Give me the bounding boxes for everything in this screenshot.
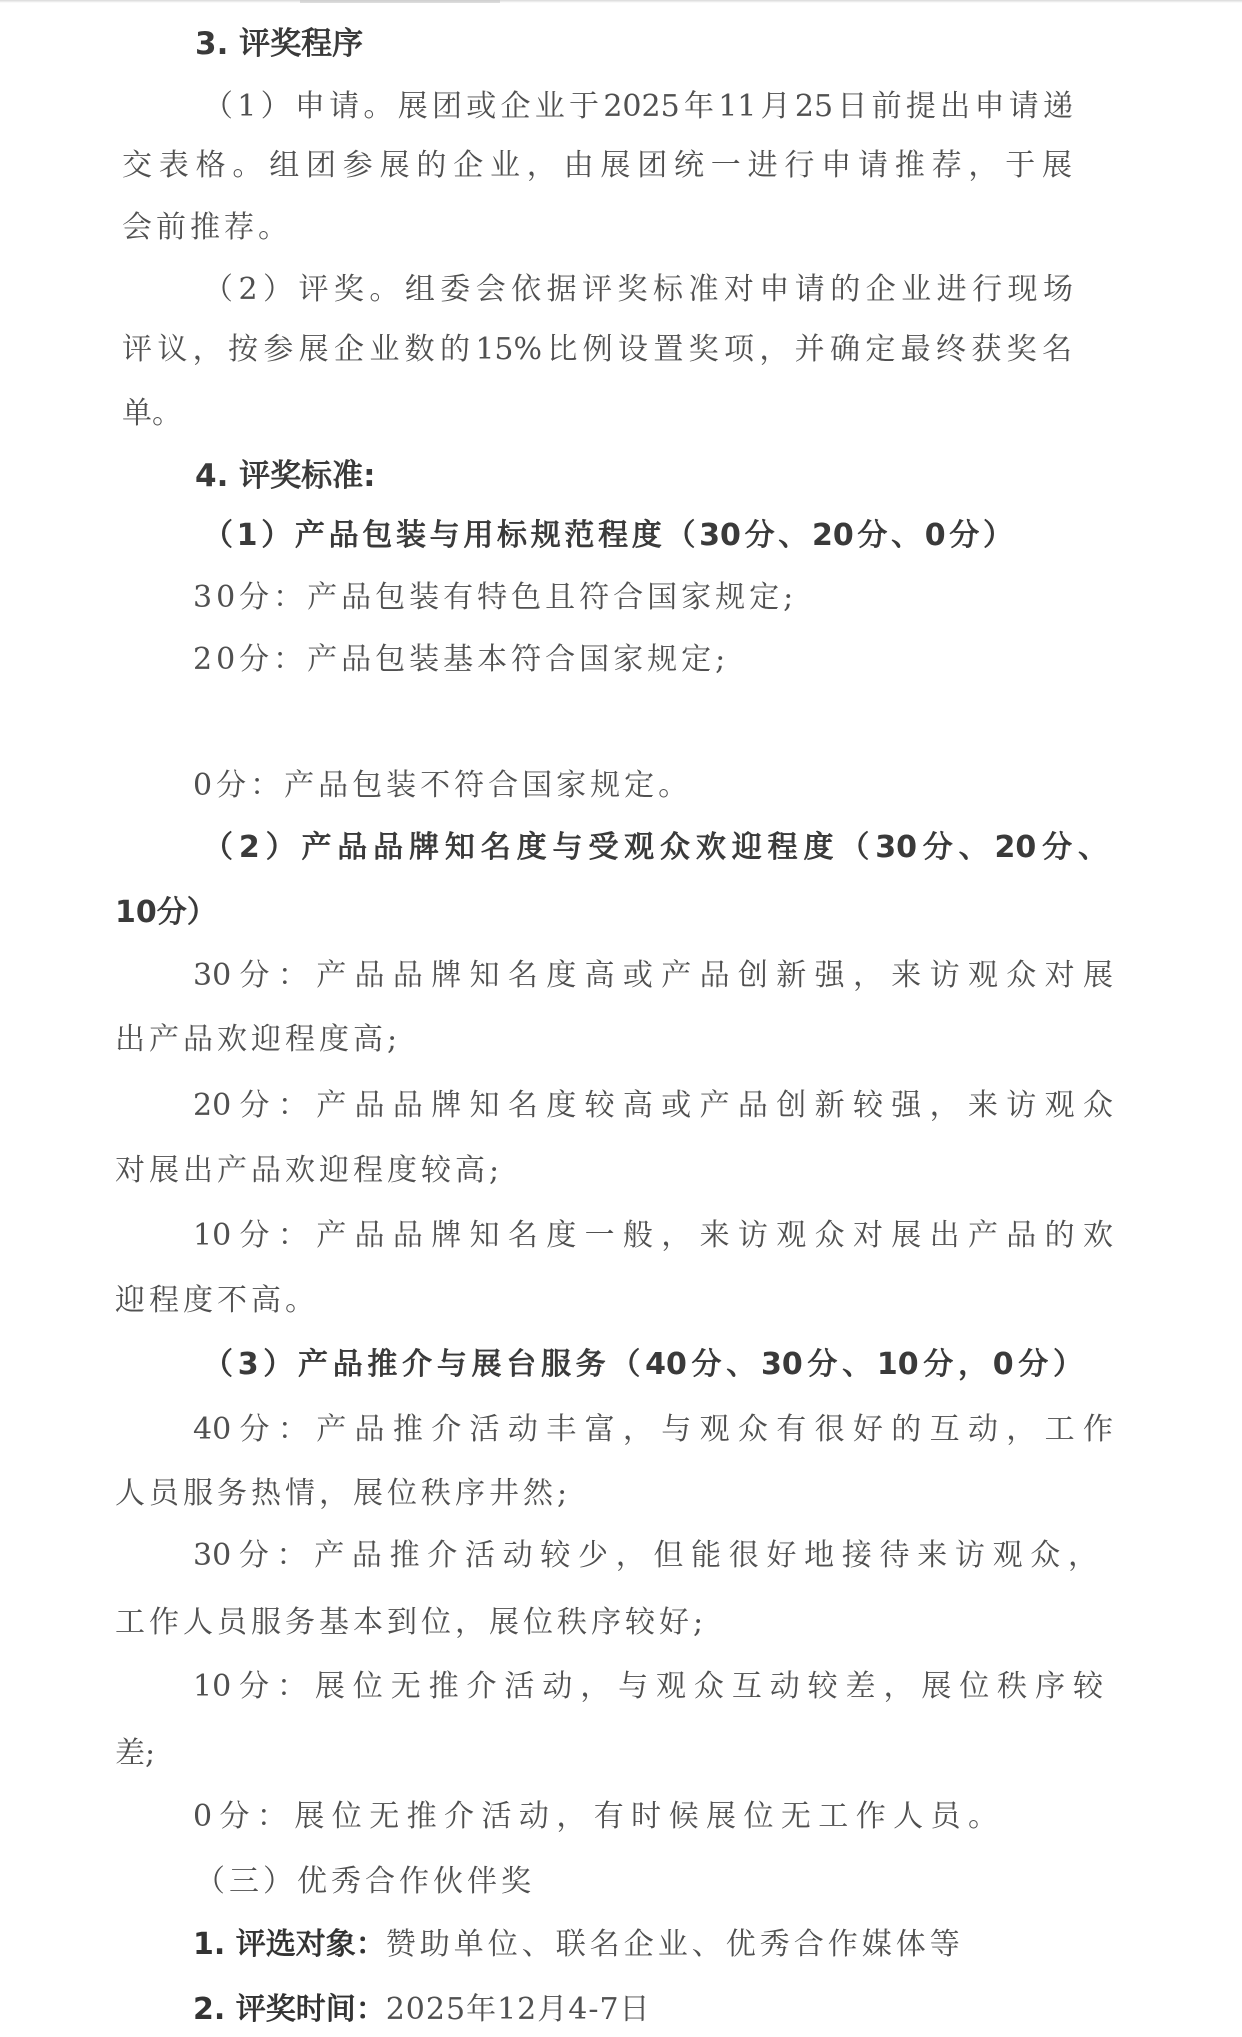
procedure-review-line-1: （2）评奖。组委会依据评奖标准对申请的企业进行现场 [203,268,1073,312]
criterion-2-score-30-line-1: 30分：产品品牌知名度高或产品创新强，来访观众对展 [193,954,1113,998]
partner-award-time-label: 2. 评奖时间： [193,1992,386,2027]
procedure-apply-line-2: 交表格。组团参展的企业，由展团统一进行申请推荐，于展 [122,144,1072,188]
criterion-3-score-10-line-1: 10分：展位无推介活动，与观众互动较差，展位秩序较 [193,1665,1103,1709]
partner-award-target: 1. 评选对象：赞助单位、联名企业、优秀合作媒体等 [193,1923,964,1967]
criteria-heading: 4. 评奖标准: [195,454,376,498]
criterion-2-title-line-2: 10分） [115,891,217,935]
criterion-2-title-line-1: （2）产品品牌知名度与受观众欢迎程度（30分、20分、 [203,826,1108,870]
criterion-3-score-10-line-2: 差; [115,1732,155,1776]
procedure-review-line-3: 单。 [122,392,182,436]
partner-award-target-value: 赞助单位、联名企业、优秀合作媒体等 [386,1927,964,1962]
procedure-heading: 3. 评奖程序 [195,22,363,66]
criterion-2-score-30-line-2: 出产品欢迎程度高; [115,1018,401,1062]
criterion-3-score-30-line-2: 工作人员服务基本到位，展位秩序较好; [115,1601,707,1645]
procedure-review-line-2: 评议，按参展企业数的15%比例设置奖项，并确定最终获奖名 [122,328,1072,372]
partner-award-time: 2. 评奖时间：2025年12月4-7日 [193,1988,651,2032]
criterion-2-score-10-line-2: 迎程度不高。 [115,1279,319,1323]
page-top-edge [0,0,1242,3]
criterion-1-score-20: 20分：产品包装基本符合国家规定; [193,638,729,682]
criterion-1-title: （1）产品包装与用标规范程度（30分、20分、0分） [203,514,1013,558]
criterion-3-score-40-line-2: 人员服务热情，展位秩序井然; [115,1472,571,1516]
criterion-3-score-0: 0分：展位无推介活动，有时候展位无工作人员。 [193,1795,998,1839]
partner-award-target-label: 1. 评选对象： [193,1927,386,1962]
partner-award-heading: （三）优秀合作伙伴奖 [195,1860,535,1904]
procedure-apply-line-1: （1）申请。展团或企业于2025年11月25日前提出申请递 [203,85,1073,129]
criterion-2-score-20-line-1: 20分：产品品牌知名度较高或产品创新较强，来访观众 [193,1084,1113,1128]
criterion-3-title: （3）产品推介与展台服务（40分、30分、10分，0分） [203,1343,1083,1387]
procedure-apply-line-3: 会前推荐。 [122,206,292,250]
criterion-3-score-40-line-1: 40分：产品推介活动丰富，与观众有很好的互动，工作 [193,1408,1113,1452]
criterion-2-score-20-line-2: 对展出产品欢迎程度较高; [115,1149,503,1193]
criterion-1-score-0: 0分：产品包装不符合国家规定。 [193,764,692,808]
cropped-text-remnant [300,0,500,3]
criterion-1-score-30: 30分：产品包装有特色且符合国家规定; [193,576,797,620]
criterion-3-score-30-line-1: 30分：产品推介活动较少，但能很好地接待来访观众， [193,1534,1098,1578]
criterion-2-score-10-line-1: 10分：产品品牌知名度一般，来访观众对展出产品的欢 [193,1214,1113,1258]
partner-award-time-value: 2025年12月4-7日 [386,1992,651,2027]
